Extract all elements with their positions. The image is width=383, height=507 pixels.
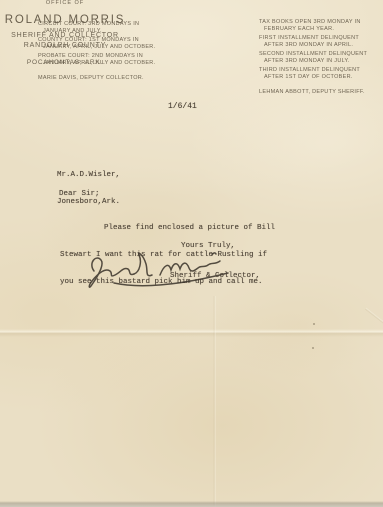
- ink-speck: [312, 347, 314, 349]
- letter-date: 1/6/41: [168, 102, 197, 111]
- paper-bottom-edge-shadow: [0, 501, 383, 507]
- body-line-1: Please find enclosed a picture of Bill: [60, 224, 275, 233]
- ink-speck: [313, 323, 315, 325]
- court-schedule-circuit: CIRCUIT COURT: 3RD MONDAYS IN JANUARY AN…: [38, 21, 156, 34]
- signature-roland-morris: [84, 245, 236, 293]
- letterhead-right-column: TAX BOOKS OPEN 3RD MONDAY IN FEBRUARY EA…: [259, 19, 377, 99]
- court-schedule-probate: PROBATE COURT: 2ND MONDAYS IN JANUARY, A…: [38, 53, 156, 66]
- diagonal-corner-crease: [365, 308, 383, 331]
- tax-books-notice: TAX BOOKS OPEN 3RD MONDAY IN FEBRUARY EA…: [259, 19, 377, 32]
- scanned-letter-page: CIRCUIT COURT: 3RD MONDAYS IN JANUARY AN…: [0, 0, 383, 507]
- salutation: Dear Sir;: [59, 190, 100, 199]
- third-installment-notice: THIRD INSTALLMENT DELINQUENT AFTER 1ST D…: [259, 67, 377, 80]
- horizontal-fold-crease: [0, 329, 383, 337]
- court-schedule-county: COUNTY COURT: 1ST MONDAYS IN JANUARY, AP…: [38, 37, 156, 50]
- letterhead-left-column: CIRCUIT COURT: 3RD MONDAYS IN JANUARY AN…: [38, 21, 156, 85]
- deputy-sheriff-name: LEHMAN ABBOTT, DEPUTY SHERIFF.: [259, 89, 377, 96]
- first-installment-notice: FIRST INSTALLMENT DELINQUENT AFTER 3RD M…: [259, 35, 377, 48]
- second-installment-notice: SECOND INSTALLMENT DELINQUENT AFTER 3RD …: [259, 51, 377, 64]
- deputy-collector-name: MARIE DAVIS, DEPUTY COLLECTOR.: [38, 75, 156, 82]
- signature-title: Sheriff & Collector,: [170, 272, 260, 281]
- office-of-label: OFFICE OF: [0, 0, 130, 6]
- vertical-fold-crease: [213, 296, 216, 507]
- recipient-name: Mr.A.D.Wisler,: [57, 171, 120, 180]
